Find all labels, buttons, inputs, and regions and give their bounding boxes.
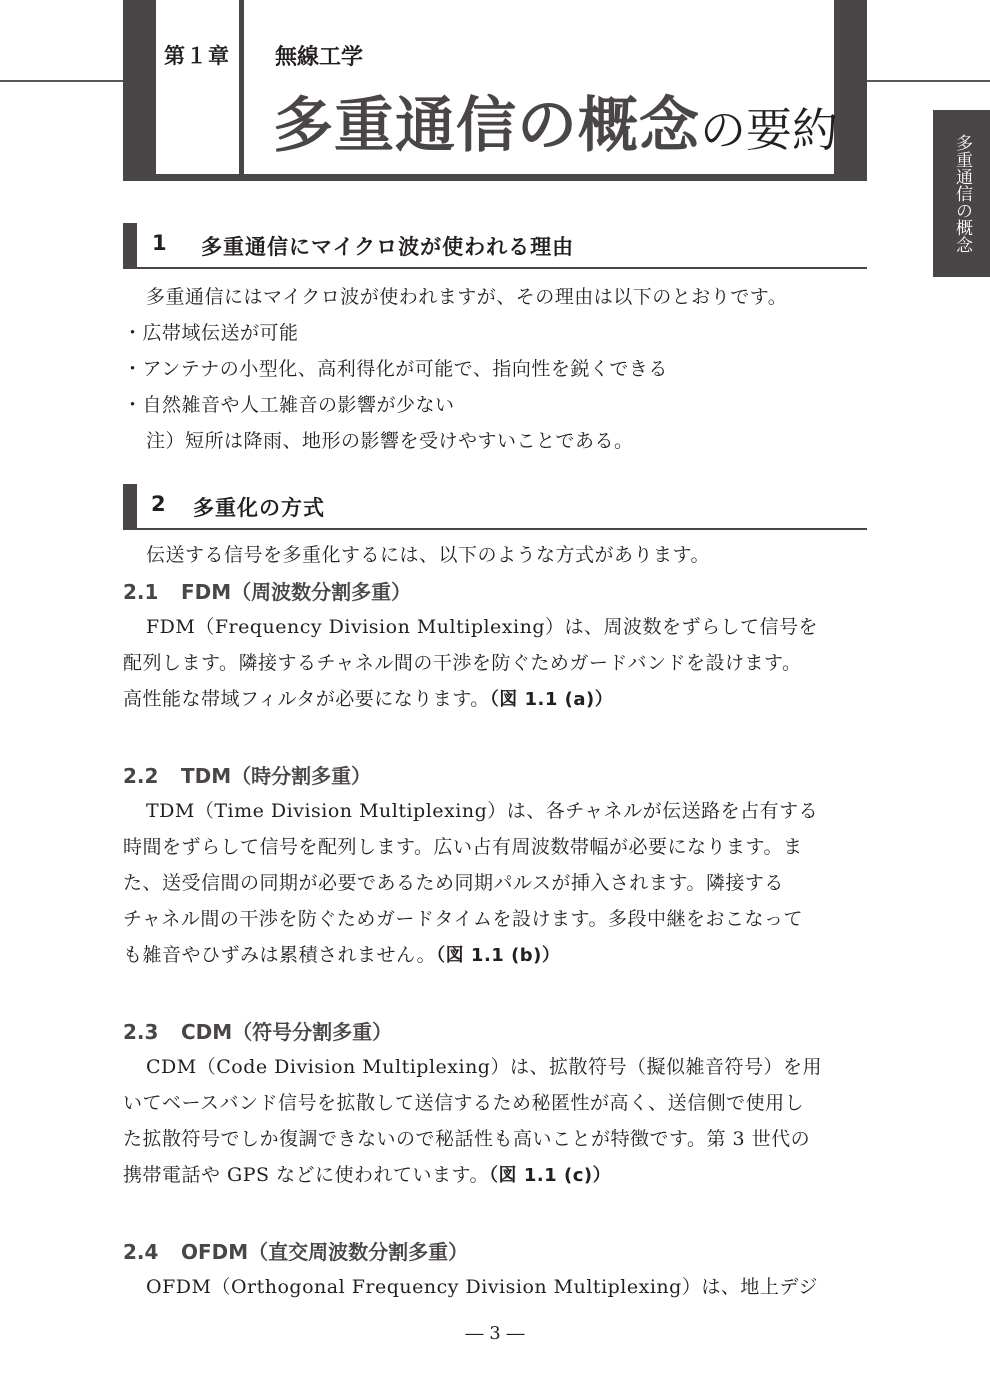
page-title: 多重通信の概念の要約 <box>273 78 838 164</box>
subsection-title: OFDM（直交周波数分割多重） <box>181 1240 468 1264</box>
section-number: 1 <box>152 231 167 255</box>
page-title-main: 多重通信の概念 <box>273 91 700 161</box>
page-number: ― 3 ― <box>0 1323 990 1344</box>
section-1-note: 注）短所は降雨、地形の影響を受けやすいことである。 <box>146 426 634 453</box>
chapter-label: 第１章 <box>164 40 236 70</box>
paragraph-line: 配列します。隣接するチャネル間の干渉を防ぐためガードバンドを設けます。 <box>123 648 802 675</box>
top-rule-left <box>0 80 123 82</box>
subsection-heading-tdm: 2.2TDM（時分割多重） <box>123 760 371 789</box>
subsection-title: CDM（符号分割多重） <box>181 1020 392 1044</box>
paragraph-line: 時間をずらして信号を配列します。広い占有周波数帯幅が必要になります。ま <box>123 832 802 859</box>
subsection-title: FDM（周波数分割多重） <box>181 580 411 604</box>
subsection-number: 2.2 <box>123 764 181 788</box>
paragraph-text: も雑音やひずみは累積されません。 <box>123 944 436 966</box>
figure-reference: （図 1.1 (c)） <box>489 1165 611 1186</box>
paragraph-line: も雑音やひずみは累積されません。（図 1.1 (b)） <box>123 940 560 967</box>
bullet-item: ・自然雑音や人工雑音の影響が少ない <box>123 390 455 417</box>
paragraph-line: 高性能な帯域フィルタが必要になります。（図 1.1 (a)） <box>123 684 613 711</box>
paragraph-line: FDM（Frequency Division Multiplexing）は、周波… <box>146 612 818 639</box>
section-title: 多重通信にマイクロ波が使われる理由 <box>201 231 574 261</box>
subsection-heading-ofdm: 2.4OFDM（直交周波数分割多重） <box>123 1236 468 1265</box>
subsection-title: TDM（時分割多重） <box>181 764 371 788</box>
subsection-heading-cdm: 2.3CDM（符号分割多重） <box>123 1016 392 1045</box>
section-1-intro: 多重通信にはマイクロ波が使われますが、その理由は以下のとおりです。 <box>146 282 787 309</box>
paragraph-text: 携帯電話や GPS などに使われています。 <box>123 1164 489 1186</box>
figure-reference: （図 1.1 (a)） <box>490 689 614 710</box>
paragraph-line: た、送受信間の同期が必要であるため同期パルスが挿入されます。隣接する <box>123 868 784 895</box>
subject-label: 無線工学 <box>275 40 363 71</box>
paragraph-line: OFDM（Orthogonal Frequency Division Multi… <box>146 1272 818 1299</box>
section-title: 多重化の方式 <box>193 492 325 522</box>
subsection-number: 2.1 <box>123 580 181 604</box>
section-heading-1: 1 多重通信にマイクロ波が使われる理由 <box>123 223 867 269</box>
heading-bar <box>123 484 137 528</box>
paragraph-line: 携帯電話や GPS などに使われています。（図 1.1 (c)） <box>123 1160 611 1187</box>
chapter-header-divider <box>239 0 244 174</box>
paragraph-line: た拡散符号でしか復調できないので秘話性も高いことが特徴です。第 3 世代の <box>123 1124 810 1151</box>
paragraph-line: チャネル間の干渉を防ぐためガードタイムを設けます。多段中継をおこなって <box>123 904 803 931</box>
section-heading-2: 2 多重化の方式 <box>123 484 867 530</box>
subsection-number: 2.4 <box>123 1240 181 1264</box>
top-rule-right <box>867 80 990 82</box>
paragraph-line: いてベースバンド信号を拡散して送信するため秘匿性が高く、送信側で使用し <box>123 1088 804 1115</box>
page-title-suffix: の要約 <box>700 103 838 157</box>
side-index-tab: 多重通信の概念 <box>933 110 990 277</box>
section-2-intro: 伝送する信号を多重化するには、以下のような方式があります。 <box>146 540 710 567</box>
figure-reference: （図 1.1 (b)） <box>436 945 560 966</box>
bullet-item: ・広帯域伝送が可能 <box>123 318 299 345</box>
paragraph-line: CDM（Code Division Multiplexing）は、拡散符号（擬似… <box>146 1052 822 1079</box>
section-number: 2 <box>151 492 166 516</box>
subsection-number: 2.3 <box>123 1020 181 1044</box>
side-tab-label: 多重通信の概念 <box>933 134 990 253</box>
heading-bar <box>123 223 137 267</box>
subsection-heading-fdm: 2.1FDM（周波数分割多重） <box>123 576 411 605</box>
bullet-item: ・アンテナの小型化、高利得化が可能で、指向性を鋭くできる <box>123 354 668 381</box>
paragraph-text: 高性能な帯域フィルタが必要になります。 <box>123 688 490 710</box>
paragraph-line: TDM（Time Division Multiplexing）は、各チャネルが伝… <box>146 796 818 823</box>
